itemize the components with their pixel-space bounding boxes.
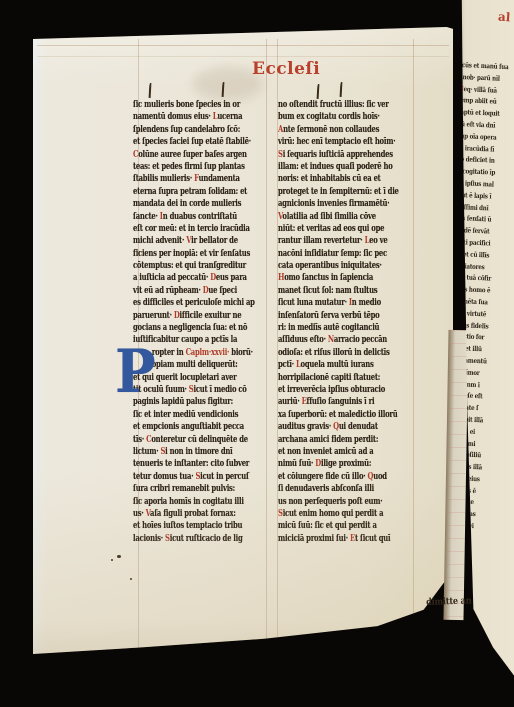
text-line: Ante ſermonē non collaudes xyxy=(278,124,415,136)
text-line: ſic et inter mediū vendicionis xyxy=(133,409,270,421)
ink-text: veſtimēta ſua xyxy=(449,297,488,307)
ink-text: horripilacionē capiti ſtatuet: xyxy=(278,372,380,383)
ruling-line-horizontal-2 xyxy=(37,56,449,57)
ink-text: ifficile exuitur ne xyxy=(180,310,242,321)
ink-text: eq· villā ſuā xyxy=(463,85,497,94)
text-line: et ſpecies faciei ſup etatē ſtabilē· xyxy=(133,136,270,148)
ink-text: et ſpecies faciei ſup etatē ſtabilē· xyxy=(133,136,251,147)
text-line: tīs· Conteretur cū delinquēte de xyxy=(133,434,270,446)
text-line: ſicut luna mutatur· In medio xyxy=(278,297,415,309)
text-line: auditus gravis· Qui denudat xyxy=(278,421,415,433)
ink-text: us non perſequeris poſt eum· xyxy=(278,496,382,507)
text-line: horripilacionē capiti ſtatuet: xyxy=(278,372,415,384)
ink-text: amicus fidelis xyxy=(448,320,488,330)
text-line: aſſiduus eſto· Narracio peccān xyxy=(278,334,415,346)
ink-text: nte ſermonē non collaudes xyxy=(283,124,379,135)
text-line: noris: et inhabitabis cū ea et xyxy=(278,173,415,185)
ink-text: i ſequaris iuſticiā apprehendes xyxy=(283,149,393,160)
ink-text: niūt: et veritas ad eos qui ope xyxy=(278,223,384,234)
ink-text: ſtabilis mulieris· xyxy=(133,173,194,184)
ink-text: ilige proximū: xyxy=(321,458,371,469)
ink-text: ffuſio ſanguinis ī ri xyxy=(307,396,375,407)
text-line: et hoīes iuſtos temptacio tribu xyxy=(133,520,270,532)
ink-text: teas: et pedes firmi ſup plantas xyxy=(133,161,245,172)
ink-text: omo ſanctus in ſapiencia xyxy=(284,272,373,283)
text-line: odioſa: et riſus illorū in delictīs xyxy=(278,347,415,359)
ink-text: cdm virtutē xyxy=(453,309,487,318)
text-line: ſic mulieris bone ſpecies in or xyxy=(133,99,270,111)
ascender-flourish xyxy=(149,83,152,98)
text-line: lictum· Si non in timore dnī xyxy=(133,446,270,458)
ink-text: ri: in mediīs autē cogitanciū xyxy=(278,322,379,333)
text-line: miciciā proximi ſui· Et ſicut quī xyxy=(278,533,415,545)
photograph-background: { "page": { "running_header": "Eccleſi",… xyxy=(0,0,514,707)
ink-text: olūne auree ſuper baſes argen xyxy=(138,149,247,160)
ink-text: mandata dei in corde mulieris xyxy=(133,198,241,209)
ink-text: ſic aporia homīs in cogitatu illi xyxy=(133,496,244,507)
rubricated-text: A xyxy=(453,202,457,210)
ink-text: auditus gravis· xyxy=(278,421,333,432)
text-line: proteget te in ſempiternū: et ī die xyxy=(278,186,415,198)
ink-text: aſa figuli probat fornax: xyxy=(150,508,236,519)
text-line: no oſtendit fructū illius: ſic ver xyxy=(278,99,415,111)
text-line: agnicionis invenies firmamētū· xyxy=(278,198,415,210)
text-line: niūt: et veritas ad eos qui ope xyxy=(278,223,415,235)
ink-text: ō deficiet in xyxy=(460,155,494,164)
ink-text: tibi et cū illīs xyxy=(451,250,489,260)
text-line: bum ex cogitatu cordis hoīs· xyxy=(278,111,415,123)
text-line: Volatilia ad ſibi ſimilia cōve xyxy=(278,211,415,223)
running-header: Eccleſi xyxy=(252,59,320,79)
ink-text: eus para xyxy=(216,272,247,283)
text-line: ſplendens ſup candelabro ſcō: xyxy=(133,124,270,136)
ink-text: ſcūs et manū ſua xyxy=(460,61,509,71)
ink-text: ucerna xyxy=(217,111,242,122)
text-line: rantur illam revertetur· Leo ve xyxy=(278,235,415,247)
ink-text: namentū domus eius· xyxy=(133,111,213,122)
ink-text: michi advenit· xyxy=(133,235,186,246)
ink-text: et empcionis anguſtiabit pecca xyxy=(133,421,244,432)
text-line: xa ſuperborū: et maledictio illorū xyxy=(278,409,415,421)
ink-speck xyxy=(130,578,132,580)
ink-text: micū ſuū: ſic et qui perdit a xyxy=(278,520,377,531)
ink-text: icut enim homo qui perdit a xyxy=(283,508,384,519)
ink-text: eſt cor meū: et in tercio iracūdia xyxy=(133,223,250,234)
text-line: nimū ſuū· Dilige proximū: xyxy=(278,458,415,470)
ink-text: aīa ipſius mal xyxy=(454,179,493,189)
text-line: ſi denudaveris abſconſa illi xyxy=(278,483,415,495)
text-line: et empcionis anguſtiabit pecca xyxy=(133,421,270,433)
ink-text: up oīa opera xyxy=(460,132,496,142)
ink-text: et fidē ſervāt xyxy=(452,226,489,236)
ink-text: xa ſuperborū: et maledictio illorū xyxy=(278,409,398,420)
ink-text: et non inveniet amicū ad a xyxy=(278,446,373,457)
text-line: Sicut enim homo qui perdit a xyxy=(278,508,415,520)
text-line: auriū· Effuſio ſanguinis ī ri xyxy=(278,396,415,408)
ink-speck xyxy=(117,555,121,558)
ink-text: ficiens per inopiā: et vir ſenſatus xyxy=(133,248,250,259)
ascender-flourish xyxy=(340,82,343,97)
ink-text: multi pacifici xyxy=(452,238,491,248)
ink-text: agnicionis invenies firmamētū· xyxy=(278,198,389,209)
ink-text: ſicut ē lapis ī xyxy=(454,191,492,201)
ink-text: eterna ſupra petram ſolidam: et xyxy=(133,186,247,197)
ink-text: ōſiliatores xyxy=(455,262,485,271)
ink-text: raptū et loquit xyxy=(458,108,500,118)
text-line: ſtabilis mulieris· Fundamenta xyxy=(133,173,270,185)
ink-text: tetur domus tua· xyxy=(133,471,195,482)
ink-text: et cōiungere fide cū illo· xyxy=(278,471,368,482)
ink-text: anob· parū nīl xyxy=(459,73,500,83)
text-line: et cōiungere fide cū illo· Quod xyxy=(278,471,415,483)
ink-text: ir bellator de xyxy=(191,235,238,246)
ink-text: ue ſpeci xyxy=(208,285,237,296)
ink-text: lacionis· xyxy=(133,533,165,544)
text-line: tenueris te inſtanter: cito ſubver xyxy=(133,458,270,470)
rubricated-text: Caplm·xxvii· xyxy=(186,347,230,358)
ink-text: paruerunt· xyxy=(133,310,174,321)
ruling-line-horizontal-1 xyxy=(37,45,449,46)
text-line: mandata dei in corde mulieris xyxy=(133,198,270,210)
ink-text: nō oīs homo ē xyxy=(450,285,491,295)
ink-text: et cogitatio īp xyxy=(455,167,495,177)
ink-text: inſenſatorū ſerva verbū tēpo xyxy=(278,310,379,321)
text-line: lacionis· Sicut ruſticacio de lig xyxy=(133,533,270,545)
ink-text: miciciā proximi ſui· xyxy=(278,533,350,544)
text-line: ropter in Caplm·xxvii· biorū· xyxy=(133,347,289,359)
ink-text: icut in percuſ xyxy=(200,471,249,482)
ink-text: archana amici fidem perdit: xyxy=(278,434,378,445)
ink-text: biorū· xyxy=(229,347,253,358)
text-line: manet ſicut ſol: nam ſtultus xyxy=(278,285,415,297)
ink-text: opiam multi deliquerūt: xyxy=(152,359,238,370)
ink-text: ſplendens ſup candelabro ſcō: xyxy=(133,124,240,135)
text-line: vit eū ad rūpheam· Due ſpeci xyxy=(133,285,270,297)
manuscript-page: Eccleſi ſic mulieris bone ſpecies in orn… xyxy=(33,27,453,659)
ink-text: cū iracūdia ſī xyxy=(456,143,494,153)
ink-text: onteretur cū delinquēte de xyxy=(151,434,248,445)
ink-text: pctī· xyxy=(278,359,296,370)
text-line: nacōni inſidiatur ſemp: ſic pec xyxy=(278,248,415,260)
adjacent-header-fragment: al xyxy=(498,10,511,25)
text-line: ſura cribri remanebit pulvis: xyxy=(133,483,270,495)
ink-text: ropter in xyxy=(152,347,186,358)
ink-text: ſi denudaveris abſconſa illi xyxy=(278,483,374,494)
ink-text: n duabus contriſtatū xyxy=(163,211,237,222)
ink-text: virū: hec enī temptacio eſt hoīm· xyxy=(278,136,395,147)
ink-text: ſura cribri remanebit pulvis: xyxy=(133,483,235,494)
ink-text: gocians a negligencia ſua: et nō xyxy=(133,322,247,333)
catchword: dimitte an xyxy=(426,595,471,608)
ink-text: es difficiles et periculoſe michi ap xyxy=(133,297,255,308)
text-line: Colūne auree ſuper baſes argen xyxy=(133,149,270,161)
ink-text: arracio peccān xyxy=(334,334,387,345)
ink-text: eo ve xyxy=(369,235,387,246)
text-line: Si ſequaris iuſticiā apprehendes xyxy=(278,149,415,161)
ink-text: hoīs ſenſati ū xyxy=(453,214,492,224)
ink-text: i non in timore dnī xyxy=(165,446,232,457)
ink-text: nacōni inſidiatur ſemp: ſic pec xyxy=(278,248,387,259)
text-line: pctī· Loquela multū iurans xyxy=(278,359,415,371)
ink-text: rantur illam revertetur· xyxy=(278,235,365,246)
rubricated-text: S xyxy=(457,132,461,140)
ink-text: vit eū ad rūpheam· xyxy=(133,285,203,296)
text-line: et irreverēcia ipſius obturacio xyxy=(278,384,415,396)
text-line: a iuſticia ad peccatū· Deus para xyxy=(133,272,270,284)
ink-text: n medio xyxy=(352,297,381,308)
ink-text: t ſicut quī xyxy=(355,533,390,544)
ink-text: ſic mulieris bone ſpecies in or xyxy=(133,99,240,110)
text-line: us· Vaſa figuli probat fornax: xyxy=(133,508,270,520)
text-line: archana amici fidem perdit: xyxy=(278,434,415,446)
text-line: teas: et pedes firmi ſup plantas xyxy=(133,161,270,173)
ink-text: et irreverēcia ipſius obturacio xyxy=(278,384,385,395)
blue-text: N xyxy=(455,155,460,163)
ink-text: no oſtendit fructū illius: ſic ver xyxy=(278,99,389,110)
ink-text: a iuſticia ad peccatū· xyxy=(133,272,210,283)
text-line: cata operantibus iniquitates· xyxy=(278,260,415,272)
text-line: cōtemptus: et qui tranſgreditur xyxy=(133,260,270,272)
text-line: us non perſequeris poſt eum· xyxy=(278,496,415,508)
text-column-left: ſic mulieris bone ſpecies in ornamentū d… xyxy=(133,99,269,545)
text-line: illam: et indues quaſi poderē ho xyxy=(278,161,415,173)
ink-text: lictum· xyxy=(133,446,160,457)
ink-text: bum ex cogitatu cordis hoīs· xyxy=(278,111,380,122)
ink-text: noris: et inhabitabis cū ea et xyxy=(278,173,381,184)
ink-text: nū eſt via dnī xyxy=(457,120,495,130)
text-line: tetur domus tua· Sicut in percuſ xyxy=(133,471,270,483)
ink-text: oquela multū iurans xyxy=(301,359,374,370)
ink-text: cōtemptus: et qui tranſgreditur xyxy=(133,260,246,271)
ink-text: ſemp abiit eū xyxy=(458,96,497,106)
ink-text: cata operantibus iniquitates· xyxy=(278,260,382,271)
text-line: ficiens per inopiā: et vir ſenſatus xyxy=(133,248,270,260)
ink-text: undamenta xyxy=(199,173,240,184)
text-line: paruerunt· Difficile exuitur ne xyxy=(133,310,270,322)
text-line: gocians a negligencia ſua: et nō xyxy=(133,322,270,334)
ink-text: proteget te in ſempiternū: et ī die xyxy=(278,186,399,197)
text-line: es difficiles et periculoſe michi ap xyxy=(133,297,270,309)
text-line: micū ſuū: ſic et qui perdit a xyxy=(278,520,415,532)
illuminated-initial-p: P xyxy=(115,341,151,413)
ink-text: tenueris te inſtanter: cito ſubver xyxy=(133,458,249,469)
ink-text: aſſiduus eſto· xyxy=(278,334,328,345)
text-line: namentū domus eius· Lucerna xyxy=(133,111,270,123)
text-line: ſancte· In duabus contriſtatū xyxy=(133,211,270,223)
ink-text: et hoīes iuſtos temptacio tribu xyxy=(133,520,242,531)
ink-text: icut ruſticacio de lig xyxy=(170,533,243,544)
ink-text: ltiſſimi dnī xyxy=(458,203,489,212)
ink-speck xyxy=(111,559,113,561)
ink-text: ſicut luna mutatur· xyxy=(278,297,349,308)
text-line: eterna ſupra petram ſolidam: et xyxy=(133,186,270,198)
ink-text: olatilia ad ſibi ſimilia cōve xyxy=(282,211,375,222)
text-line: opiam multi deliquerūt: xyxy=(133,359,289,371)
text-line: ſic aporia homīs in cogitatu illi xyxy=(133,496,270,508)
text-line: inſenſatorū ſerva verbū tēpo xyxy=(278,310,415,322)
ink-text: manet ſicut ſol: nam ſtultus xyxy=(278,285,377,296)
text-column-right: no oſtendit fructū illius: ſic verbum ex… xyxy=(278,99,416,545)
ink-text: ui denudat xyxy=(339,421,378,432)
text-line: Homo ſanctus in ſapiencia xyxy=(278,272,415,284)
ascender-flourish xyxy=(317,84,320,99)
ink-text: odioſa: et riſus illorū in delictīs xyxy=(278,347,390,358)
text-line: et non inveniet amicū ad a xyxy=(278,446,415,458)
ink-text: nimū ſuū· xyxy=(278,458,315,469)
page-edges-strip xyxy=(443,330,468,620)
ink-text: illam: et indues quaſi poderē ho xyxy=(278,161,393,172)
ink-text: icut ī medio cō xyxy=(194,384,247,395)
text-line: ri: in mediīs autē cogitanciū xyxy=(278,322,415,334)
text-line: michi advenit· Vir bellator de xyxy=(133,235,270,247)
ink-text: uod xyxy=(373,471,387,482)
ink-text: aīam tuā cōfir xyxy=(450,273,491,283)
text-line: virū: hec enī temptacio eſt hoīm· xyxy=(278,136,415,148)
ink-text: us· xyxy=(133,508,146,519)
ink-text: auriū· xyxy=(278,396,302,407)
ink-text: tīs· xyxy=(133,434,146,445)
ink-text: ſancte· xyxy=(133,211,160,222)
text-line: eſt cor meū: et in tercio iracūdia xyxy=(133,223,270,235)
